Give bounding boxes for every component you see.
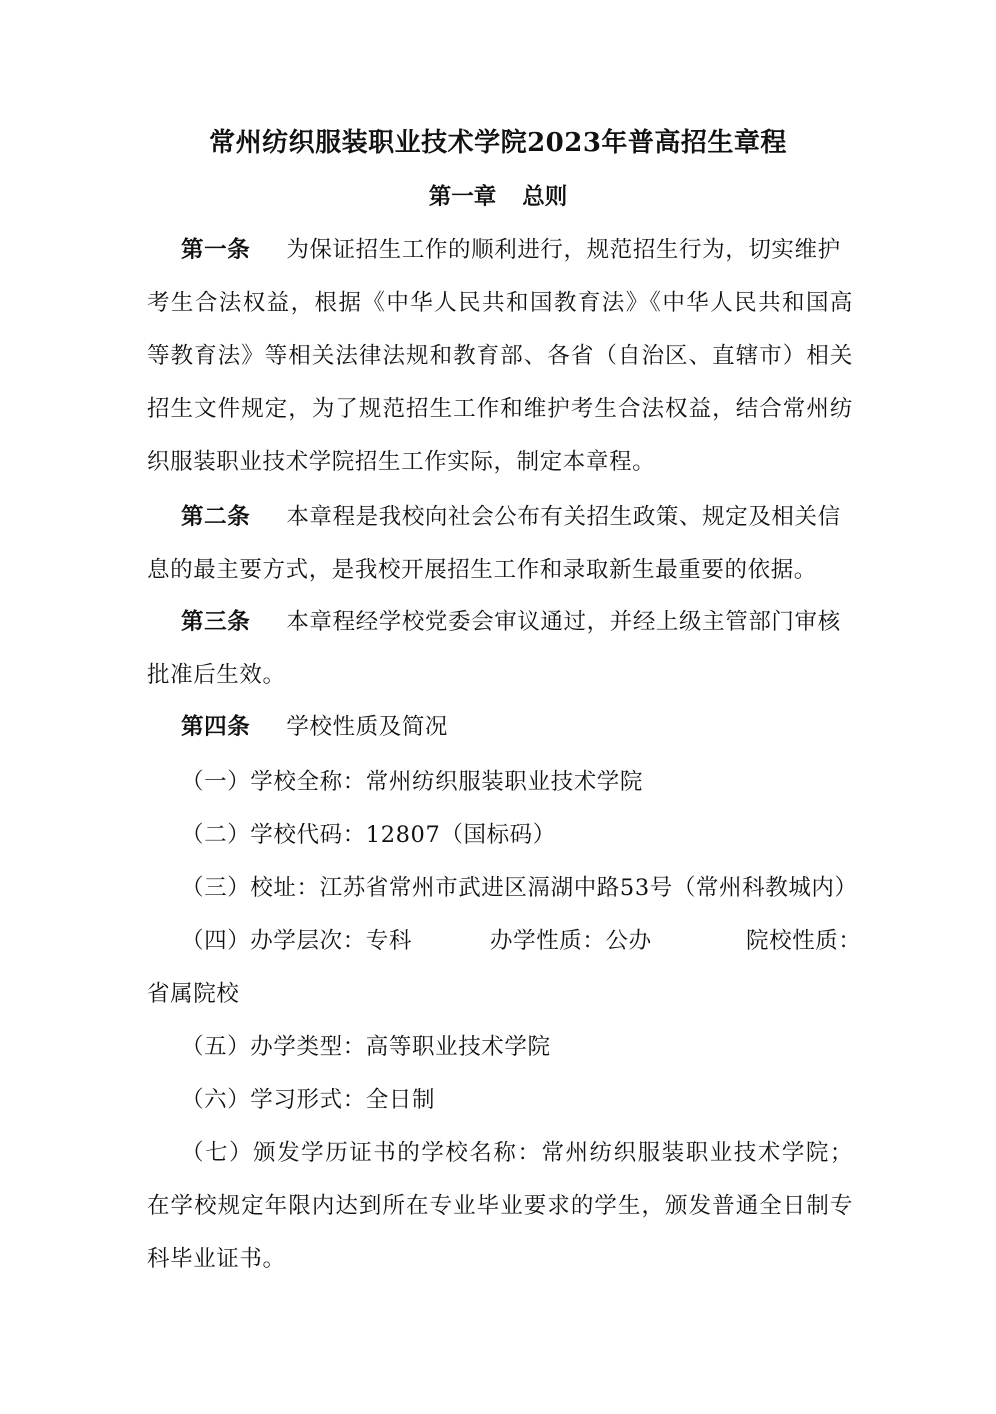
- item-4-school-nature-label: 院校性质：: [746, 926, 862, 956]
- article-1-line-3: 等教育法》等相关法律法规和教育部、各省（自治区、直辖市）相关: [147, 341, 853, 371]
- item-1-school-name: （一）学校全称：常州纺织服装职业技术学院: [181, 767, 643, 797]
- article-3-line-1: 第三条本章程经学校党委会审议通过，并经上级主管部门审核: [181, 607, 841, 637]
- article-1-line-5: 织服装职业技术学院招生工作实际，制定本章程。: [147, 447, 655, 477]
- item-5-type: （五）办学类型：高等职业技术学院: [181, 1032, 551, 1062]
- article-2-line-1: 第二条本章程是我校向社会公布有关招生政策、规定及相关信: [181, 502, 841, 532]
- article-text: 批准后生效。: [147, 662, 286, 688]
- article-text: 等教育法》等相关法律法规和教育部、各省（自治区、直辖市）相关: [147, 341, 853, 371]
- item-6-study-form: （六）学习形式：全日制: [181, 1085, 435, 1115]
- article-label: 第一条: [181, 235, 250, 265]
- article-text: 考生合法权益，根据《中华人民共和国教育法》《中华人民共和国高: [147, 288, 853, 318]
- article-text: 为保证招生工作的顺利进行，规范招生行为，切实维护: [286, 237, 840, 263]
- article-text: 招生文件规定，为了规范招生工作和维护考生合法权益，结合常州纺: [147, 394, 853, 424]
- item-7-line-2: 在学校规定年限内达到所在专业毕业要求的学生，颁发普通全日制专: [147, 1191, 853, 1221]
- chapter-name: 总则: [522, 184, 567, 210]
- chapter-number: 第一章: [429, 184, 497, 210]
- item-3-address: （三）校址：江苏省常州市武进区滆湖中路53号（常州科教城内）: [181, 873, 858, 903]
- article-text: 本章程经学校党委会审议通过，并经上级主管部门审核: [286, 609, 840, 635]
- article-4-line-1: 第四条学校性质及简况: [181, 712, 448, 742]
- article-3-line-2: 批准后生效。: [147, 660, 286, 690]
- item-4-nature: 办学性质：公办: [490, 926, 652, 956]
- article-text: 息的最主要方式，是我校开展招生工作和录取新生最重要的依据。: [147, 557, 817, 583]
- article-text: 本章程是我校向社会公布有关招生政策、规定及相关信: [286, 504, 840, 530]
- article-label: 第四条: [181, 712, 250, 742]
- item-text: 在学校规定年限内达到所在专业毕业要求的学生，颁发普通全日制专: [147, 1191, 853, 1221]
- article-label: 第三条: [181, 607, 250, 637]
- item-2-school-code: （二）学校代码：12807（国标码）: [181, 820, 556, 850]
- item-text: （七）颁发学历证书的学校名称：常州纺织服装职业技术学院；: [181, 1138, 853, 1168]
- document-title: 常州纺织服装职业技术学院2023年普高招生章程: [0, 126, 996, 160]
- article-2-line-2: 息的最主要方式，是我校开展招生工作和录取新生最重要的依据。: [147, 555, 817, 585]
- chapter-heading: 第一章总则: [0, 182, 996, 212]
- document-page: 常州纺织服装职业技术学院2023年普高招生章程 第一章总则 第一条为保证招生工作…: [0, 0, 996, 1414]
- item-4-school-nature-value: 省属院校: [147, 979, 239, 1009]
- article-text: 学校性质及简况: [286, 714, 448, 740]
- article-1-line-2: 考生合法权益，根据《中华人民共和国教育法》《中华人民共和国高: [147, 288, 853, 318]
- article-1-line-4: 招生文件规定，为了规范招生工作和维护考生合法权益，结合常州纺: [147, 394, 853, 424]
- item-7-line-3: 科毕业证书。: [147, 1244, 286, 1274]
- item-7-line-1: （七）颁发学历证书的学校名称：常州纺织服装职业技术学院；: [181, 1138, 853, 1168]
- item-4-level: （四）办学层次：专科: [181, 926, 412, 956]
- article-1-line-1: 第一条为保证招生工作的顺利进行，规范招生行为，切实维护: [181, 235, 841, 265]
- article-text: 织服装职业技术学院招生工作实际，制定本章程。: [147, 449, 655, 475]
- article-label: 第二条: [181, 502, 250, 532]
